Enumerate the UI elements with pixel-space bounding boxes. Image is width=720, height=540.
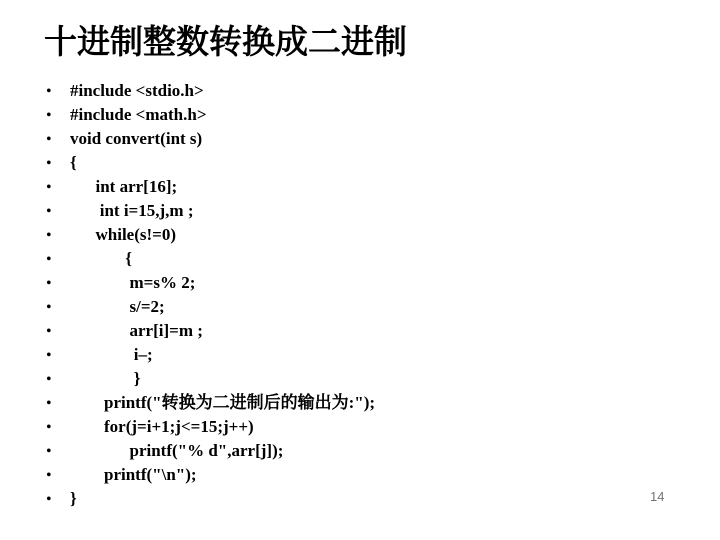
code-text: int i=15,j,m ; bbox=[70, 199, 193, 223]
code-text: { bbox=[70, 247, 132, 271]
code-line: • i–; bbox=[46, 343, 375, 367]
code-line: • int i=15,j,m ; bbox=[46, 199, 375, 223]
code-line: •#include <math.h> bbox=[46, 103, 375, 127]
code-list: •#include <stdio.h> •#include <math.h> •… bbox=[46, 79, 375, 511]
bullet-icon: • bbox=[46, 392, 70, 416]
bullet-icon: • bbox=[46, 464, 70, 488]
code-line: • { bbox=[46, 247, 375, 271]
code-line: •void convert(int s) bbox=[46, 127, 375, 151]
code-text: arr[i]=m ; bbox=[70, 319, 203, 343]
code-text: printf("转换为二进制后的输出为:"); bbox=[70, 391, 375, 415]
bullet-icon: • bbox=[46, 224, 70, 248]
code-line: • int arr[16]; bbox=[46, 175, 375, 199]
code-text: m=s% 2; bbox=[70, 271, 195, 295]
bullet-icon: • bbox=[46, 440, 70, 464]
bullet-icon: • bbox=[46, 416, 70, 440]
bullet-icon: • bbox=[46, 320, 70, 344]
slide-title: 十进制整数转换成二进制 bbox=[44, 22, 407, 64]
bullet-icon: • bbox=[46, 152, 70, 176]
code-line: • } bbox=[46, 367, 375, 391]
code-text: for(j=i+1;j<=15;j++) bbox=[70, 415, 254, 439]
code-text: } bbox=[70, 367, 140, 391]
code-line: • printf("\n"); bbox=[46, 463, 375, 487]
code-text: printf("% d",arr[j]); bbox=[70, 439, 283, 463]
bullet-icon: • bbox=[46, 80, 70, 104]
bullet-icon: • bbox=[46, 368, 70, 392]
code-line: • m=s% 2; bbox=[46, 271, 375, 295]
slide: 十进制整数转换成二进制 •#include <stdio.h> •#includ… bbox=[0, 0, 720, 540]
code-text: while(s!=0) bbox=[70, 223, 176, 247]
code-line: •} bbox=[46, 487, 375, 511]
code-text: i–; bbox=[70, 343, 153, 367]
bullet-icon: • bbox=[46, 488, 70, 512]
code-line: • s/=2; bbox=[46, 295, 375, 319]
bullet-icon: • bbox=[46, 296, 70, 320]
code-line: •{ bbox=[46, 151, 375, 175]
code-line: • printf("% d",arr[j]); bbox=[46, 439, 375, 463]
code-line: • while(s!=0) bbox=[46, 223, 375, 247]
code-text: s/=2; bbox=[70, 295, 165, 319]
bullet-icon: • bbox=[46, 344, 70, 368]
code-line: • for(j=i+1;j<=15;j++) bbox=[46, 415, 375, 439]
code-text: } bbox=[70, 487, 77, 511]
code-line: •#include <stdio.h> bbox=[46, 79, 375, 103]
code-text: void convert(int s) bbox=[70, 127, 202, 151]
bullet-icon: • bbox=[46, 248, 70, 272]
code-text: #include <math.h> bbox=[70, 103, 207, 127]
code-text: #include <stdio.h> bbox=[70, 79, 204, 103]
bullet-icon: • bbox=[46, 128, 70, 152]
bullet-icon: • bbox=[46, 176, 70, 200]
page-number: 14 bbox=[650, 489, 664, 504]
bullet-icon: • bbox=[46, 200, 70, 224]
bullet-icon: • bbox=[46, 272, 70, 296]
code-line: • arr[i]=m ; bbox=[46, 319, 375, 343]
code-text: { bbox=[70, 151, 77, 175]
code-text: printf("\n"); bbox=[70, 463, 197, 487]
code-text: int arr[16]; bbox=[70, 175, 177, 199]
code-line: • printf("转换为二进制后的输出为:"); bbox=[46, 391, 375, 415]
bullet-icon: • bbox=[46, 104, 70, 128]
